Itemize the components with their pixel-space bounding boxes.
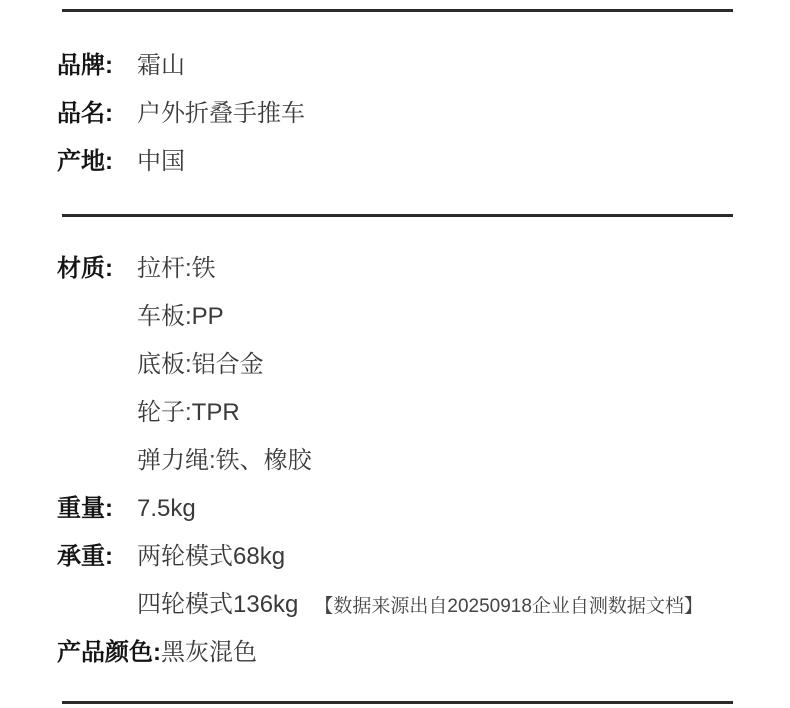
load-label: 承重:: [57, 533, 137, 581]
material-item-handle: 拉杆:铁: [137, 255, 216, 282]
data-source-note: 【数据来源出自20250918企业自测数据文档】: [314, 596, 703, 617]
weight-value: 7.5kg: [137, 495, 196, 522]
material-item-wheels: 轮子:TPR: [137, 399, 240, 426]
bottom-divider: [62, 701, 733, 704]
spec-row-material-item: 轮子:TPR: [57, 389, 770, 437]
spec-row-brand: 品牌:霜山: [57, 42, 770, 90]
color-value: 黑灰混色: [161, 639, 257, 666]
spec-row-color: 产品颜色:黑灰混色: [57, 629, 770, 677]
spec-row-weight: 重量:7.5kg: [57, 485, 770, 533]
color-label: 产品颜色:: [57, 629, 161, 677]
product-spec-panel: 品牌:霜山 品名:户外折叠手推车 产地:中国 材质:拉杆:铁 车板:PP 底板:…: [0, 0, 790, 708]
origin-label: 产地:: [57, 138, 137, 186]
spec-row-origin: 产地:中国: [57, 138, 770, 186]
top-divider: [62, 9, 733, 12]
brand-value: 霜山: [137, 52, 185, 79]
product-name-label: 品名:: [57, 90, 137, 138]
detail-spec-section: 材质:拉杆:铁 车板:PP 底板:铝合金 轮子:TPR 弹力绳:铁、橡胶 重量:…: [0, 245, 790, 677]
material-label: 材质:: [57, 245, 137, 293]
material-item-board: 车板:PP: [137, 303, 224, 330]
load-value-two-wheel: 两轮模式68kg: [137, 543, 285, 570]
spec-row-load: 承重:两轮模式68kg: [57, 533, 770, 581]
weight-label: 重量:: [57, 485, 137, 533]
brand-label: 品牌:: [57, 42, 137, 90]
product-name-value: 户外折叠手推车: [137, 100, 305, 127]
spec-row-material-item: 车板:PP: [57, 293, 770, 341]
spec-row-product-name: 品名:户外折叠手推车: [57, 90, 770, 138]
spec-row-material: 材质:拉杆:铁: [57, 245, 770, 293]
load-value-four-wheel: 四轮模式136kg: [137, 591, 298, 618]
origin-value: 中国: [137, 148, 185, 175]
middle-divider: [62, 214, 733, 217]
spec-row-material-item: 底板:铝合金: [57, 341, 770, 389]
material-item-cord: 弹力绳:铁、橡胶: [137, 447, 312, 474]
spec-row-load-line2: 四轮模式136kg【数据来源出自20250918企业自测数据文档】: [57, 581, 770, 629]
spec-row-material-item: 弹力绳:铁、橡胶: [57, 437, 770, 485]
material-item-baseplate: 底板:铝合金: [137, 351, 264, 378]
basic-info-section: 品牌:霜山 品名:户外折叠手推车 产地:中国: [0, 42, 790, 186]
